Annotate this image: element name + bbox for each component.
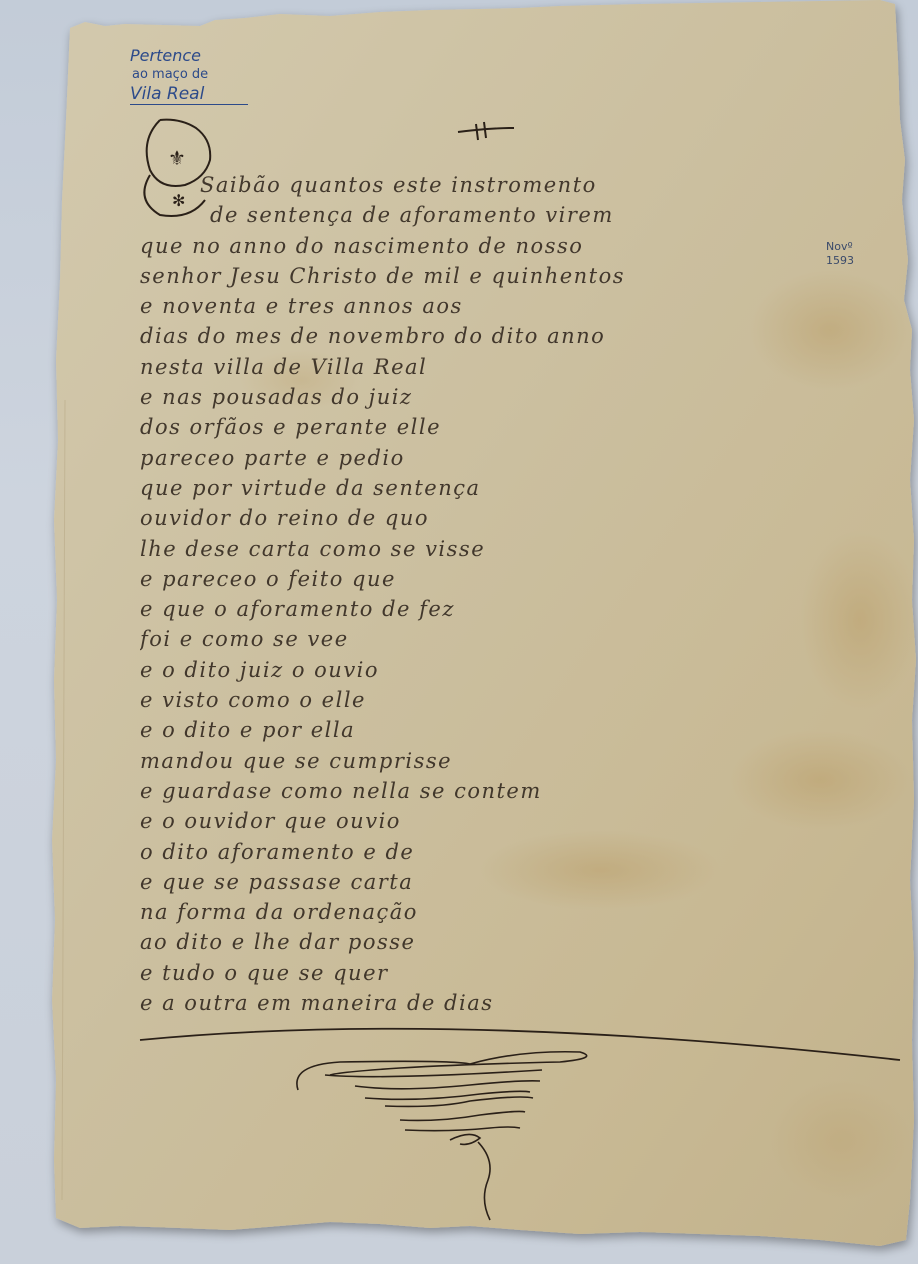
text-line: o dito aforamento e de: [140, 837, 840, 867]
manuscript-text: Saibão quantos este instromento de sente…: [140, 170, 840, 1018]
text-line: foi e como se vee: [140, 624, 840, 654]
text-line: que no anno do nascimento de nosso: [140, 231, 840, 261]
text-line: e o dito e por ella: [140, 715, 840, 745]
archive-annotation: Pertence ao maço de Vila Real: [130, 46, 260, 105]
text-line: e guardase como nella se contem: [140, 776, 840, 806]
text-line: na forma da ordenação: [140, 897, 840, 927]
text-line: que por virtude da sentença: [140, 473, 840, 503]
text-line: e nas pousadas do juiz: [140, 382, 840, 412]
text-line: nesta villa de Villa Real: [140, 352, 840, 382]
text-line: e visto como o elle: [140, 685, 840, 715]
text-line: senhor Jesu Christo de mil e quinhentos: [140, 261, 840, 291]
text-line: ouvidor do reino de quo: [140, 503, 840, 533]
text-line: e pareceo o feito que: [140, 564, 840, 594]
text-line: e que o aforamento de fez: [140, 594, 840, 624]
annotation-line-2: ao maço de: [130, 66, 260, 84]
text-line: e o dito juiz o ouvio: [140, 655, 840, 685]
text-line: de sentença de aforamento virem: [140, 200, 840, 230]
text-line: e que se passase carta: [140, 867, 840, 897]
text-line: ao dito e lhe dar posse: [140, 927, 840, 957]
text-line: lhe dese carta como se visse: [140, 534, 840, 564]
text-line: mandou que se cumprisse: [140, 746, 840, 776]
text-line: dos orfãos e perante elle: [140, 412, 840, 442]
initial-ornament-icon: ⚜: [168, 146, 186, 170]
text-line: e noventa e tres annos aos: [140, 291, 840, 321]
annotation-line-3: Vila Real: [130, 84, 248, 105]
text-line: e o ouvidor que ouvio: [140, 806, 840, 836]
text-line: e a outra em maneira de dias: [140, 988, 840, 1018]
text-line: e tudo o que se quer: [140, 958, 840, 988]
text-line: Saibão quantos este instromento: [140, 170, 840, 200]
text-line: dias do mes de novembro do dito anno: [140, 321, 840, 351]
text-line: pareceo parte e pedio: [140, 443, 840, 473]
annotation-line-1: Pertence: [130, 46, 260, 66]
manuscript-page: ⚜ ✻ Pertence ao maço de Vila Real Novº 1…: [0, 0, 918, 1264]
